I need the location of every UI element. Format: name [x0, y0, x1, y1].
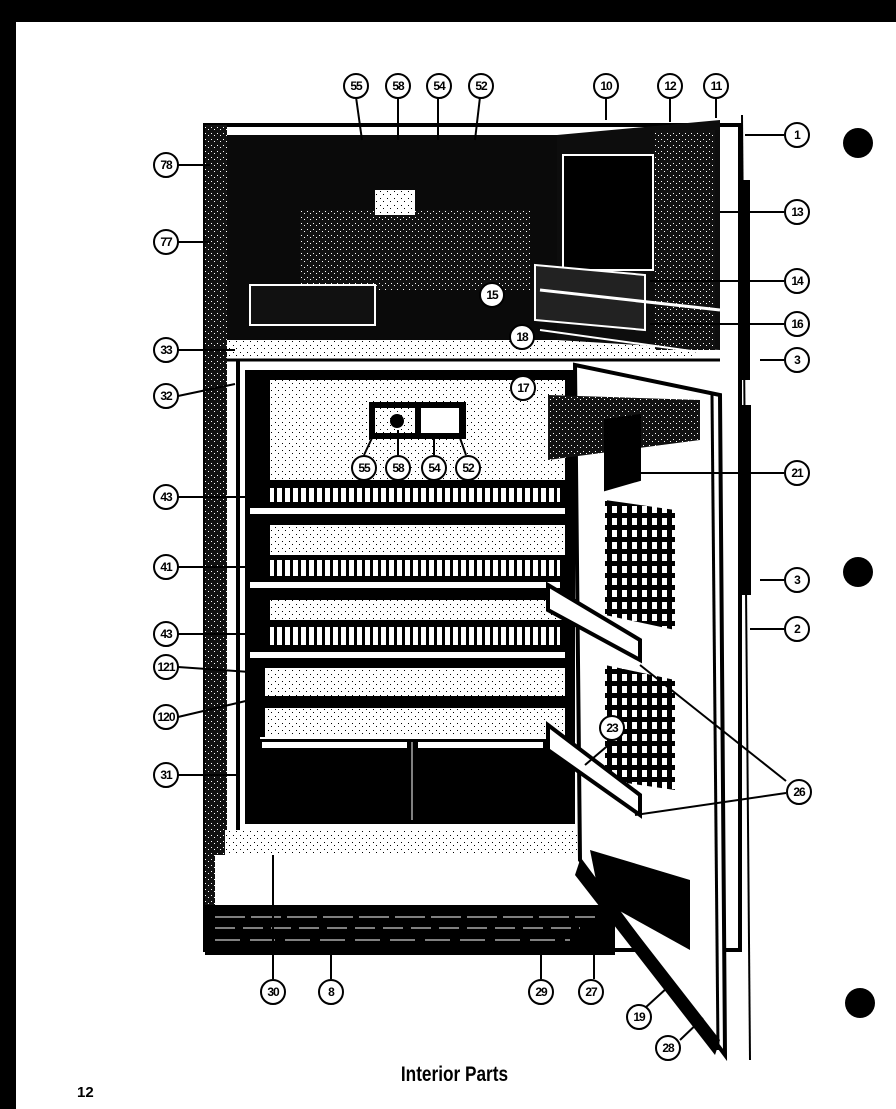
shelf-rack	[270, 627, 560, 645]
door-shelf-basket	[605, 500, 675, 630]
callout-18[interactable]: 18	[509, 324, 535, 350]
callout-10[interactable]: 10	[593, 73, 619, 99]
callout-32[interactable]: 32	[153, 383, 179, 409]
callout-14[interactable]: 14	[784, 268, 810, 294]
callout-78[interactable]: 78	[153, 152, 179, 178]
shelf-rack	[270, 488, 560, 502]
callout-16[interactable]: 16	[784, 311, 810, 337]
callout-54[interactable]: 54	[426, 73, 452, 99]
callout-52-control[interactable]: 52	[455, 455, 481, 481]
callout-3[interactable]: 3	[784, 347, 810, 373]
shelf-rack	[270, 560, 560, 576]
callout-77[interactable]: 77	[153, 229, 179, 255]
callout-30[interactable]: 30	[260, 979, 286, 1005]
callout-26[interactable]: 26	[786, 779, 812, 805]
callout-28[interactable]: 28	[655, 1035, 681, 1061]
callout-23[interactable]: 23	[599, 715, 625, 741]
callout-43[interactable]: 43	[153, 484, 179, 510]
binder-hole	[843, 557, 873, 587]
callout-54-control[interactable]: 54	[421, 455, 447, 481]
callout-17[interactable]: 17	[510, 375, 536, 401]
callout-13[interactable]: 13	[784, 199, 810, 225]
callout-52[interactable]: 52	[468, 73, 494, 99]
callout-121[interactable]: 121	[153, 654, 179, 680]
binder-hole	[843, 128, 873, 158]
callout-27[interactable]: 27	[578, 979, 604, 1005]
base-grille	[205, 905, 615, 955]
callout-21[interactable]: 21	[784, 460, 810, 486]
callout-120[interactable]: 120	[153, 704, 179, 730]
callout-1[interactable]: 1	[784, 122, 810, 148]
callout-33[interactable]: 33	[153, 337, 179, 363]
callout-2[interactable]: 2	[784, 616, 810, 642]
callout-12[interactable]: 12	[657, 73, 683, 99]
callout-29[interactable]: 29	[528, 979, 554, 1005]
callout-11[interactable]: 11	[703, 73, 729, 99]
callout-43-lower[interactable]: 43	[153, 621, 179, 647]
callout-55-control[interactable]: 55	[351, 455, 377, 481]
callout-8[interactable]: 8	[318, 979, 344, 1005]
page-number: 12	[77, 1084, 94, 1101]
callout-15[interactable]: 15	[479, 282, 505, 308]
binder-hole	[845, 988, 875, 1018]
callout-19[interactable]: 19	[626, 1004, 652, 1030]
callout-58[interactable]: 58	[385, 73, 411, 99]
callout-58-control[interactable]: 58	[385, 455, 411, 481]
page-title: Interior Parts	[87, 1063, 822, 1087]
callout-41[interactable]: 41	[153, 554, 179, 580]
callout-55[interactable]: 55	[343, 73, 369, 99]
cabinet	[205, 115, 751, 1060]
callout-3-lower[interactable]: 3	[784, 567, 810, 593]
refrigerator-interior-diagram	[0, 0, 896, 1109]
callout-31[interactable]: 31	[153, 762, 179, 788]
